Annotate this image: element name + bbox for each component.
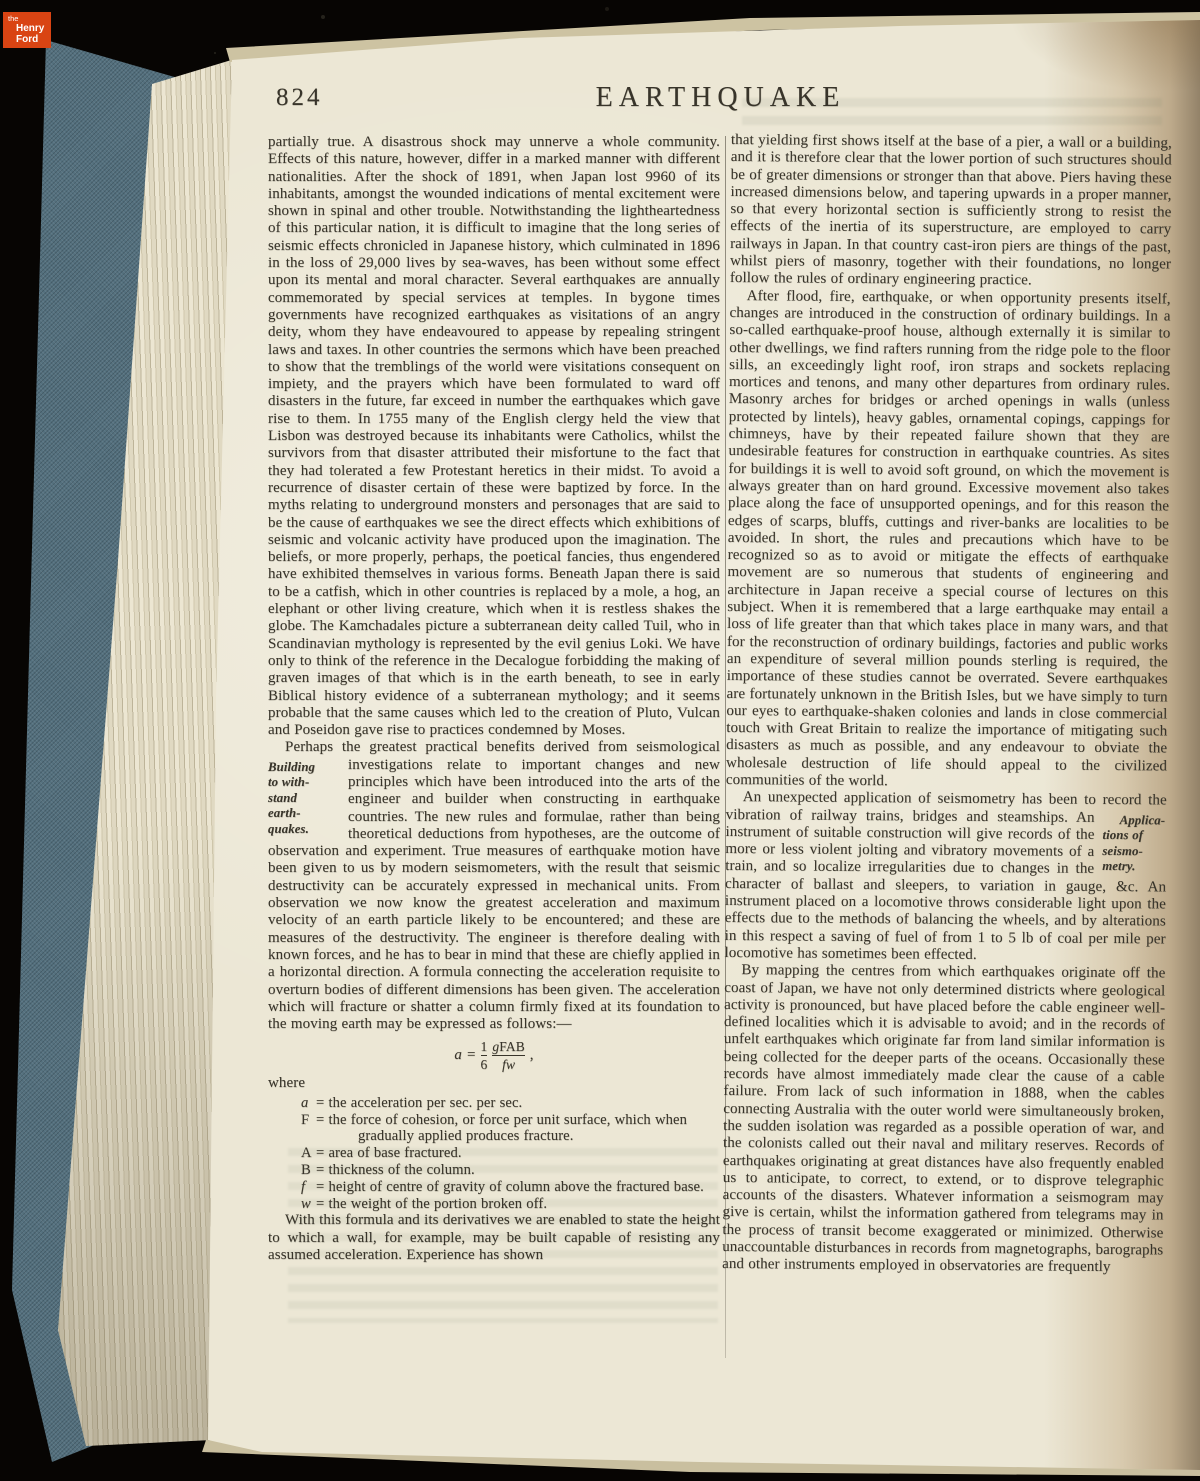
paragraph: that yielding first shows itself at the … — [730, 132, 1172, 291]
definition-row: a= the acceleration per sec. per sec. — [301, 1095, 720, 1112]
fraction-gfab-fw: gFAB fw — [492, 1040, 524, 1071]
paragraph-text: After flood, fire, earthquake, or when o… — [726, 288, 1171, 789]
paragraph: An unexpected application of seismometry… — [724, 789, 1166, 965]
paragraph-text: With this formula and its derivatives we… — [268, 1212, 720, 1263]
henry-ford-logo: the Henry Ford — [3, 12, 51, 48]
right-column: that yielding first shows itself at the … — [722, 132, 1172, 1277]
formula-equals: = — [467, 1048, 476, 1063]
definition-row: F= the force of cohesion, or force per u… — [301, 1112, 720, 1146]
paragraph: By mapping the centres from which earthq… — [722, 962, 1165, 1277]
where-label: where — [268, 1075, 720, 1092]
margin-note-building: Building to with- stand earth- quakes. — [268, 760, 342, 838]
margin-note-applications: Applica- tions of seismo- metry. — [1102, 813, 1166, 876]
definition-row: f= height of centre of gravity of column… — [301, 1179, 720, 1196]
paragraph: Perhaps the greatest practical benefits … — [268, 739, 720, 1033]
definition-row: A= area of base fractured. — [301, 1145, 720, 1162]
formula-lhs: a — [454, 1048, 462, 1063]
paragraph-text: instrument of suitable construction will… — [724, 824, 1166, 963]
paragraph-text: Perhaps the greatest practical benefits … — [285, 739, 720, 772]
formula-comma: , — [530, 1048, 534, 1063]
fraction-one-sixth: 1 6 — [481, 1040, 488, 1071]
fraction-numerator: gFAB — [492, 1040, 524, 1054]
paragraph-text: partially true. A disastrous shock may u… — [268, 134, 720, 738]
left-column: partially true. A disastrous shock may u… — [268, 134, 720, 1264]
logo-the: the — [8, 15, 51, 23]
paragraph-text: By mapping the centres from which earthq… — [722, 962, 1165, 1275]
logo-ford: Ford — [16, 34, 51, 45]
definition-row: w= the weight of the portion broken off. — [301, 1196, 720, 1213]
book-photo-scene: 824 EARTHQUAKE partially true. A disastr… — [0, 0, 1200, 1481]
page-title: EARTHQUAKE — [268, 82, 1173, 114]
paragraph-text: An unexpected application of seismometry… — [726, 789, 1167, 825]
paragraph: partially true. A disastrous shock may u… — [268, 134, 720, 739]
acceleration-formula: a = 1 6 gFAB fw , — [268, 1040, 720, 1071]
paragraph: After flood, fire, earthquake, or when o… — [726, 288, 1171, 793]
paragraph: With this formula and its derivatives we… — [268, 1212, 720, 1264]
logo-henry: Henry — [16, 23, 51, 34]
paragraph-text: that yielding first shows itself at the … — [730, 132, 1172, 289]
dust-specks — [0, 0, 2, 2]
definition-row: B= thickness of the column. — [301, 1162, 720, 1179]
